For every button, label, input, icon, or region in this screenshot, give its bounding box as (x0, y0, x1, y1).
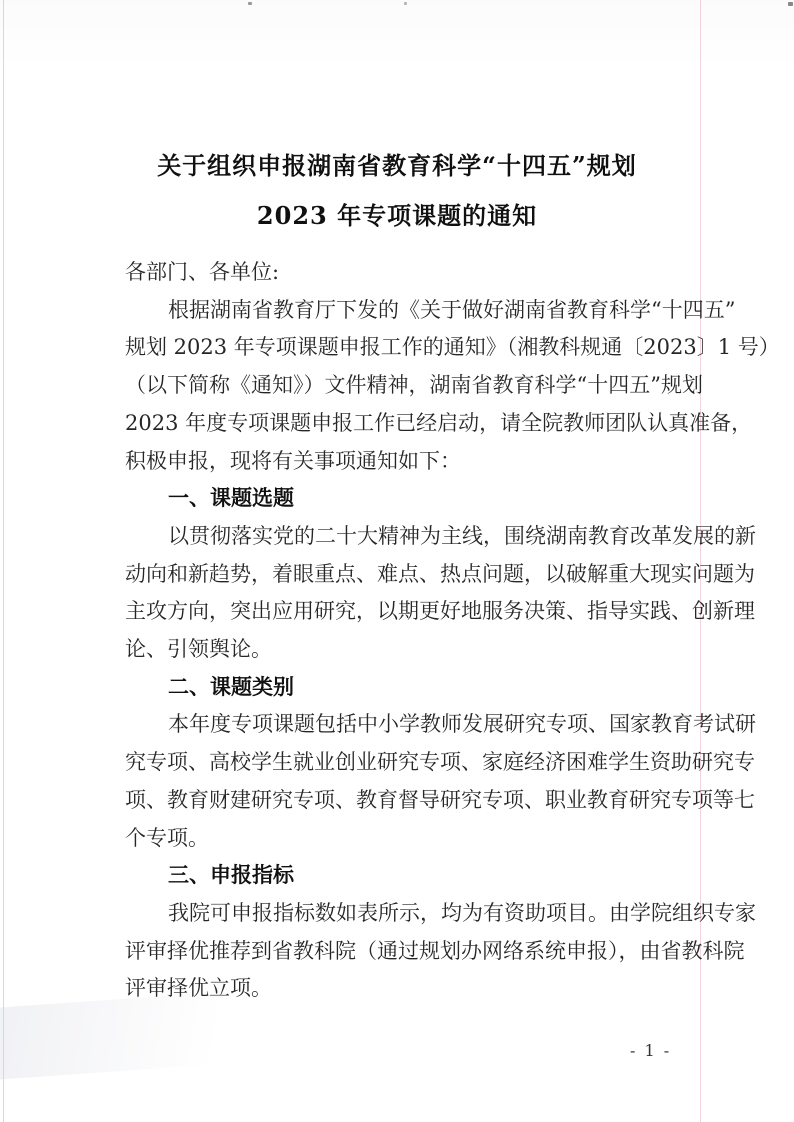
salutation: 各部门、各单位: (125, 254, 691, 292)
scan-speck (788, 2, 793, 6)
paragraph-quota: 我院可申报指标数如表所示，均为有资助项目。由学院组织专家 评审择优推荐到省教科院… (125, 895, 691, 1008)
paragraph-line: 2023 年度专项课题申报工作已经启动，请全院教师团队认真准备， (125, 405, 691, 443)
paragraph-line: 评审择优推荐到省教科院（通过规划办网络系统申报），由省教科院 (125, 933, 691, 971)
paragraph-category: 本年度专项课题包括中小学教师发展研究专项、国家教育考试研 究专项、高校学生就业创… (125, 706, 691, 857)
document-title-line-1: 关于组织申报湖南省教育科学“十四五”规划 (0, 141, 794, 191)
paragraph-line: 动向和新趋势，着眼重点、难点、热点问题，以破解重大现实问题为 (125, 556, 691, 594)
document-body: 各部门、各单位: 根据湖南省教育厅下发的《关于做好湖南省教育科学“十四五” 规划… (125, 254, 691, 1008)
paragraph-line: 以贯彻落实党的二十大精神为主线，围绕湖南教育改革发展的新 (125, 518, 691, 556)
paragraph-line: 规划 2023 年专项课题申报工作的通知》（湘教科规通〔2023〕1 号） (125, 329, 691, 367)
section-heading-2: 二、课题类别 (125, 669, 691, 707)
document-title: 关于组织申报湖南省教育科学“十四五”规划 2023 年专项课题的通知 (0, 141, 794, 241)
paragraph-line: 本年度专项课题包括中小学教师发展研究专项、国家教育考试研 (125, 706, 691, 744)
scan-speck (404, 2, 407, 5)
section-heading-1: 一、课题选题 (125, 480, 691, 518)
paragraph-line: 究专项、高校学生就业创业研究专项、家庭经济困难学生资助研究专 (125, 744, 691, 782)
paragraph-line: 论、引领舆论。 (125, 631, 691, 669)
scanned-document-page: 关于组织申报湖南省教育科学“十四五”规划 2023 年专项课题的通知 各部门、各… (0, 0, 794, 1122)
paragraph-line: 主攻方向，突出应用研究，以期更好地服务决策、指导实践、创新理 (125, 593, 691, 631)
document-title-line-2: 2023 年专项课题的通知 (0, 191, 794, 241)
paragraph-topic-selection: 以贯彻落实党的二十大精神为主线，围绕湖南教育改革发展的新 动向和新趋势，着眼重点… (125, 518, 691, 669)
paragraph-line: 我院可申报指标数如表所示，均为有资助项目。由学院组织专家 (125, 895, 691, 933)
paragraph-line: 评审择优立项。 (125, 970, 691, 1008)
paragraph-line: 积极申报，现将有关事项通知如下： (125, 443, 691, 481)
page-number: - 1 - (630, 1041, 671, 1060)
scan-speck (248, 2, 252, 5)
paragraph-line: 根据湖南省教育厅下发的《关于做好湖南省教育科学“十四五” (125, 292, 691, 330)
paragraph-line: （以下简称《通知》）文件精神，湖南省教育科学“十四五”规划 (125, 367, 691, 405)
section-heading-3: 三、申报指标 (125, 857, 691, 895)
paragraph-line: 个专项。 (125, 820, 691, 858)
paragraph-intro: 根据湖南省教育厅下发的《关于做好湖南省教育科学“十四五” 规划 2023 年专项… (125, 292, 691, 481)
paragraph-line: 项、教育财建研究专项、教育督导研究专项、职业教育研究专项等七 (125, 782, 691, 820)
